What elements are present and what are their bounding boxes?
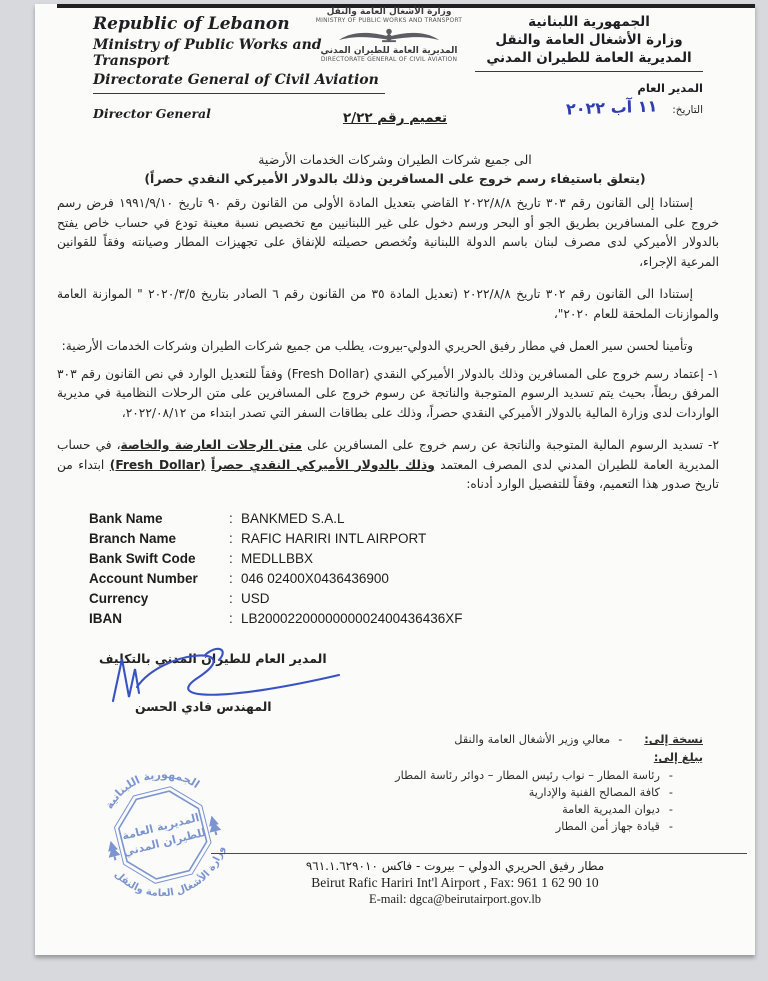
footer-divider [211,853,747,854]
footer-english: Beirut Rafic Hariri Int'l Airport , Fax:… [181,875,729,891]
notify-item-text: ديوان المديرية العامة [562,801,660,818]
item2-bold-flights: متن الرحلات العارضة والخاصة [121,438,303,452]
bank-value: BANKMED S.A.L [241,509,345,529]
ministry-title-ar: وزارة الأشغال العامة والنقل [475,32,703,48]
copy-to-label: نسخة إلى: [644,733,703,746]
notify-label: يبلغ إلى: [363,751,703,764]
notify-list: - رئاسة المطار – نواب رئيس المطار – دوائ… [363,767,703,835]
bank-row-iban: IBAN : LB2000220000000002400436436XF [89,609,719,629]
emblem-arabic-top: وزارة الأشغال العامة والنقل [305,7,473,17]
bank-value: 046 02400X0436436900 [241,569,389,589]
notify-item-text: قيادة جهاز أمن المطار [556,818,660,835]
dash: - [669,784,673,801]
director-general-label-ar: المدير العام [475,81,703,95]
separator: : [229,609,241,629]
signature-block: المدير العام للطيران المدني بالتكليف الم… [57,645,719,740]
emblem-arabic-bottom: المديرية العامة للطيران المدني [305,46,473,56]
dash: - [669,818,673,835]
emblem-english-top: MINISTRY OF PUBLIC WORKS AND TRANSPORT [305,17,473,24]
bank-label: Account Number [89,569,229,589]
bank-row-name: Bank Name : BANKMED S.A.L [89,509,719,529]
bank-row-account: Account Number : 046 02400X0436436900 [89,569,719,589]
stamp-ring-top: الجمهورية اللبنانية [97,758,204,814]
wings-emblem-icon [337,25,441,45]
notify-item-text: رئاسة المطار – نواب رئيس المطار – دوائر … [395,767,660,784]
notify-item: - قيادة جهاز أمن المطار [363,818,673,835]
separator: : [229,569,241,589]
bank-details: Bank Name : BANKMED S.A.L Branch Name : … [89,509,719,629]
directorate-title-ar: المديرية العامة للطيران المدني [475,50,703,66]
notify-item: - كافة المصالح الفنية والإدارية [363,784,673,801]
item2-bold-fresh-dollar: (Fresh Dollar) [110,458,206,472]
bank-label: Branch Name [89,529,229,549]
subject-description: (يتعلق باستيفاء رسم خروج على المسافرين و… [35,171,755,186]
copy-to-recipient: معالي وزير الأشغال العامة والنقل [454,733,610,746]
notify-item: - رئاسة المطار – نواب رئيس المطار – دوائ… [363,767,673,784]
list-item-1: ١- إعتماد رسم خروج على المسافرين وذلك با… [57,365,719,424]
separator: : [229,529,241,549]
bank-label: IBAN [89,609,229,629]
bank-label: Bank Name [89,509,229,529]
bank-label: Bank Swift Code [89,549,229,569]
addressee-block: الى جميع شركات الطيران وشركات الخدمات ال… [35,152,755,186]
notify-item-text: كافة المصالح الفنية والإدارية [529,784,660,801]
dash: - [669,767,673,784]
footer: مطار رفيق الحريري الدولي – بيروت - فاكس … [181,859,729,907]
copy-to-row: نسخة إلى: - معالي وزير الأشغال العامة وا… [363,733,703,746]
separator: : [229,509,241,529]
paragraph-law-302: إستنادا الى القانون رقم ٣٠٢ تاريخ ٢٠٢٢/٨… [57,285,719,324]
bank-row-currency: Currency : USD [89,589,719,609]
footer-email: E-mail: dgca@beirutairport.gov.lb [181,892,729,907]
dash: - [669,801,673,818]
body-text: إستنادا إلى القانون رقم ٣٠٣ تاريخ ٢٠٢٢/٨… [57,194,719,740]
list-item-2: ٢- تسديد الرسوم المالية المتوجبة والناتج… [57,436,719,495]
document-page: Republic of Lebanon Ministry of Public W… [35,4,755,955]
scanned-document: Republic of Lebanon Ministry of Public W… [0,0,768,981]
separator: : [229,549,241,569]
bank-value: MEDLLBBX [241,549,313,569]
circular-number-title: تعميم رقم ٢/٢٢ [35,110,755,126]
notify-item: - ديوان المديرية العامة [363,801,673,818]
paragraph-law-303: إستنادا إلى القانون رقم ٣٠٣ تاريخ ٢٠٢٢/٨… [57,194,719,272]
svg-text:الجمهورية اللبنانية: الجمهورية اللبنانية [97,758,204,814]
paragraph-request: وتأمينا لحسن سير العمل في مطار رفيق الحر… [57,337,719,357]
directorate-title-en: Directorate General of Civil Aviation [93,72,385,88]
bank-row-branch: Branch Name : RAFIC HARIRI INTL AIRPORT [89,529,719,549]
distribution-block: نسخة إلى: - معالي وزير الأشغال العامة وا… [363,733,703,835]
separator: : [229,589,241,609]
ministry-emblem: وزارة الأشغال العامة والنقل MINISTRY OF … [305,7,473,63]
bank-value: LB2000220000000002400436436XF [241,609,462,629]
header-arabic: الجمهورية اللبنانية وزارة الأشغال العامة… [475,12,703,95]
bank-row-swift: Bank Swift Code : MEDLLBBX [89,549,719,569]
emblem-english-bottom: DIRECTORATE GENERAL OF CIVIL AVIATION [305,56,473,63]
bank-label: Currency [89,589,229,609]
item2-text: ٢- تسديد الرسوم المالية المتوجبة والناتج… [302,438,719,452]
item2-bold-usd-cash: وذلك بالدولار الأميركي النقدي حصراً [211,458,435,472]
footer-arabic: مطار رفيق الحريري الدولي – بيروت - فاكس … [181,859,729,873]
republic-title-ar: الجمهورية اللبنانية [475,14,703,30]
dash: - [618,733,622,746]
bank-value: USD [241,589,270,609]
signatory-name: المهندس فادي الحسن [135,697,272,717]
addressee-line: الى جميع شركات الطيران وشركات الخدمات ال… [35,152,755,167]
bank-value: RAFIC HARIRI INTL AIRPORT [241,529,426,549]
